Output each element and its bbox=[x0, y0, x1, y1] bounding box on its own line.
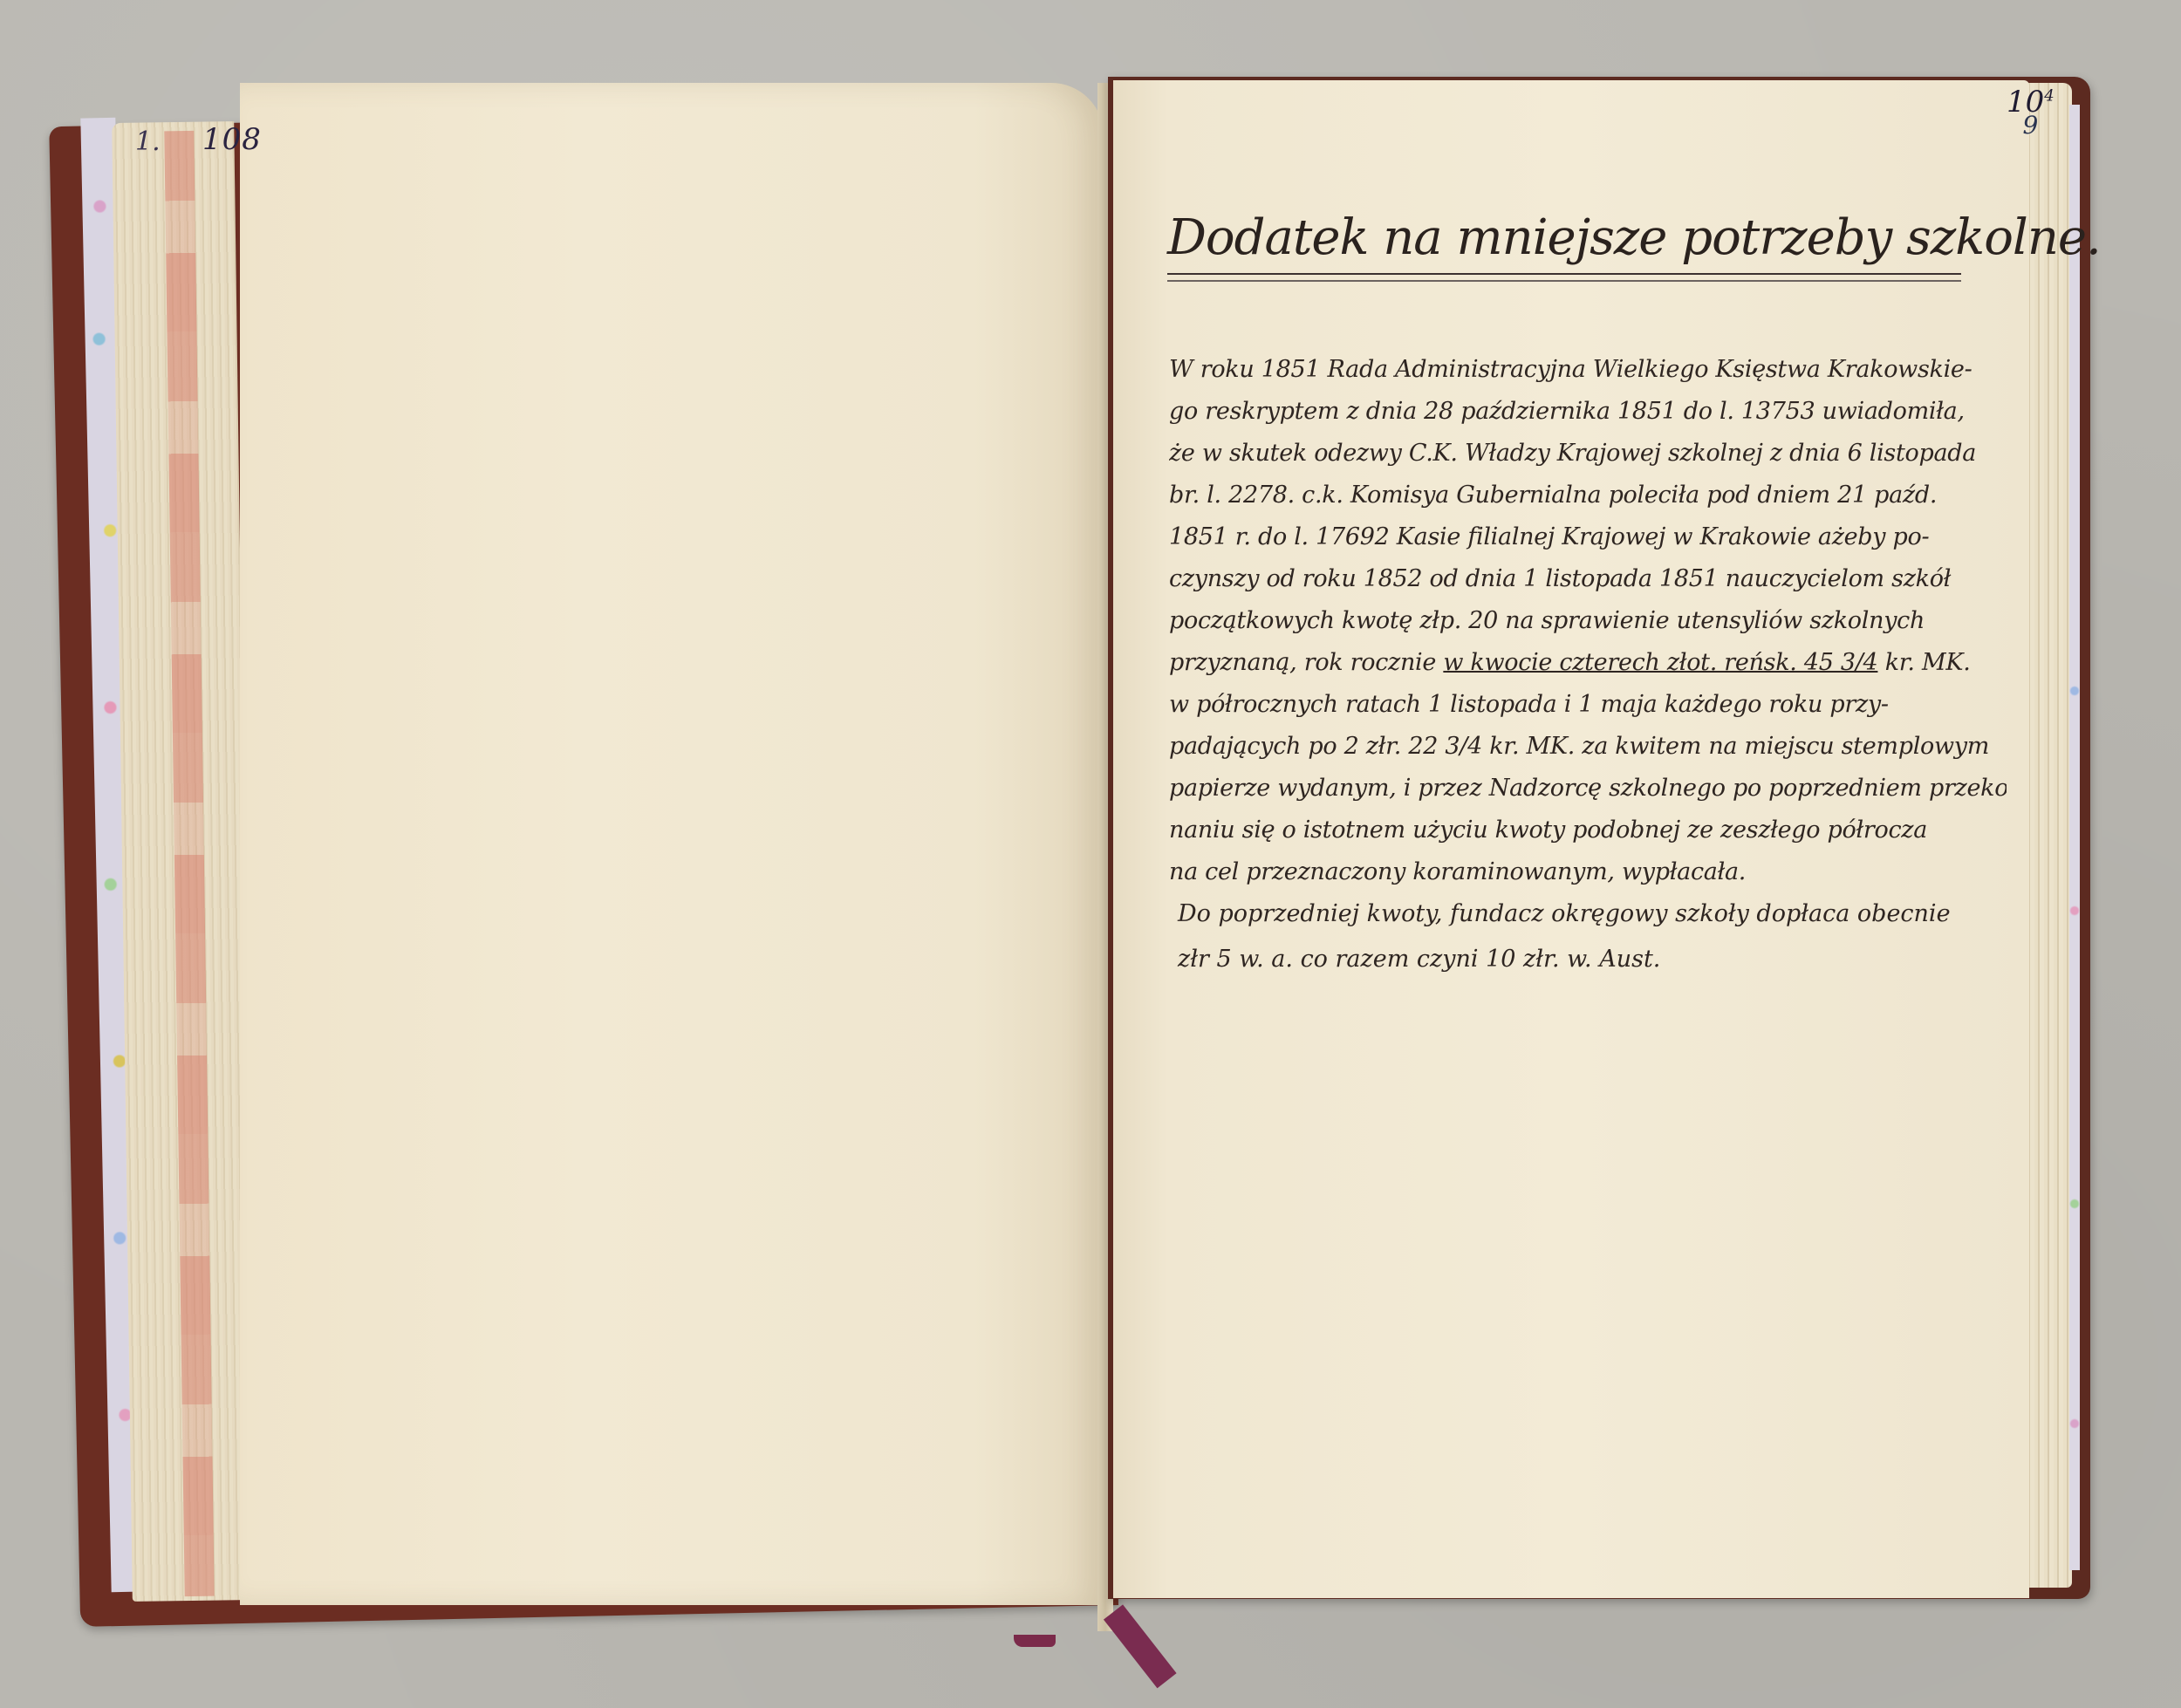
text-line: papierze wydanym, i przez Nadzorcę szkol… bbox=[1169, 768, 2007, 810]
text-line: początkowych kwotę złp. 20 na sprawienie… bbox=[1169, 600, 2007, 642]
page-heading: Dodatek na mniejsze potrzeby szkolne. bbox=[1167, 209, 1961, 266]
left-folio-mark: 1. bbox=[135, 126, 161, 157]
text-line: padających po 2 złr. 22 3/4 kr. MK. za k… bbox=[1169, 726, 2007, 768]
note-line: Do poprzedniej kwoty, fundacz okręgowy s… bbox=[1178, 892, 2015, 937]
left-page-blank bbox=[240, 83, 1104, 1605]
right-marbled-endpaper bbox=[2069, 105, 2080, 1570]
heading-double-underline bbox=[1167, 273, 1961, 282]
bookmark-ribbon[interactable] bbox=[1104, 1604, 1177, 1688]
text-line: w półrocznych ratach 1 listopada i 1 maj… bbox=[1169, 684, 2007, 726]
note-line: złr 5 w. a. co razem czyni 10 złr. w. Au… bbox=[1178, 937, 2015, 982]
text-line: 1851 r. do l. 17692 Kasie filialnej Kraj… bbox=[1169, 516, 2007, 558]
right-folio: 104 9 bbox=[2007, 87, 2055, 138]
underlined-phrase: w kwocie czterech złot. reńsk. 45 3/4 bbox=[1443, 649, 1877, 676]
addendum-note: Do poprzedniej kwoty, fundacz okręgowy s… bbox=[1178, 892, 2015, 982]
text-line: że w skutek odezwy C.K. Władzy Krajowej … bbox=[1169, 433, 2007, 475]
text-line-underlined: przyznaną, rok rocznie w kwocie czterech… bbox=[1169, 642, 2007, 684]
text-line: naniu się o istotnem użyciu kwoty podobn… bbox=[1169, 810, 2007, 851]
main-paragraph: W roku 1851 Rada Administracyjna Wielkie… bbox=[1169, 349, 2007, 893]
text-line: go reskryptem z dnia 28 października 185… bbox=[1169, 391, 2007, 433]
text-line: na cel przeznaczony koraminowanym, wypła… bbox=[1169, 851, 2007, 893]
text-line: W roku 1851 Rada Administracyjna Wielkie… bbox=[1169, 349, 2007, 391]
text-line: czynszy od roku 1852 od dnia 1 listopada… bbox=[1169, 558, 2007, 600]
text-line: br. l. 2278. c.k. Komisya Gubernialna po… bbox=[1169, 475, 2007, 516]
bookmark-ribbon-end bbox=[1014, 1635, 1056, 1647]
book-photo-scene: 1. 108 104 9 Dodatek na mniejsze potrzeb… bbox=[0, 0, 2181, 1708]
left-folio-number: 108 bbox=[202, 122, 262, 157]
